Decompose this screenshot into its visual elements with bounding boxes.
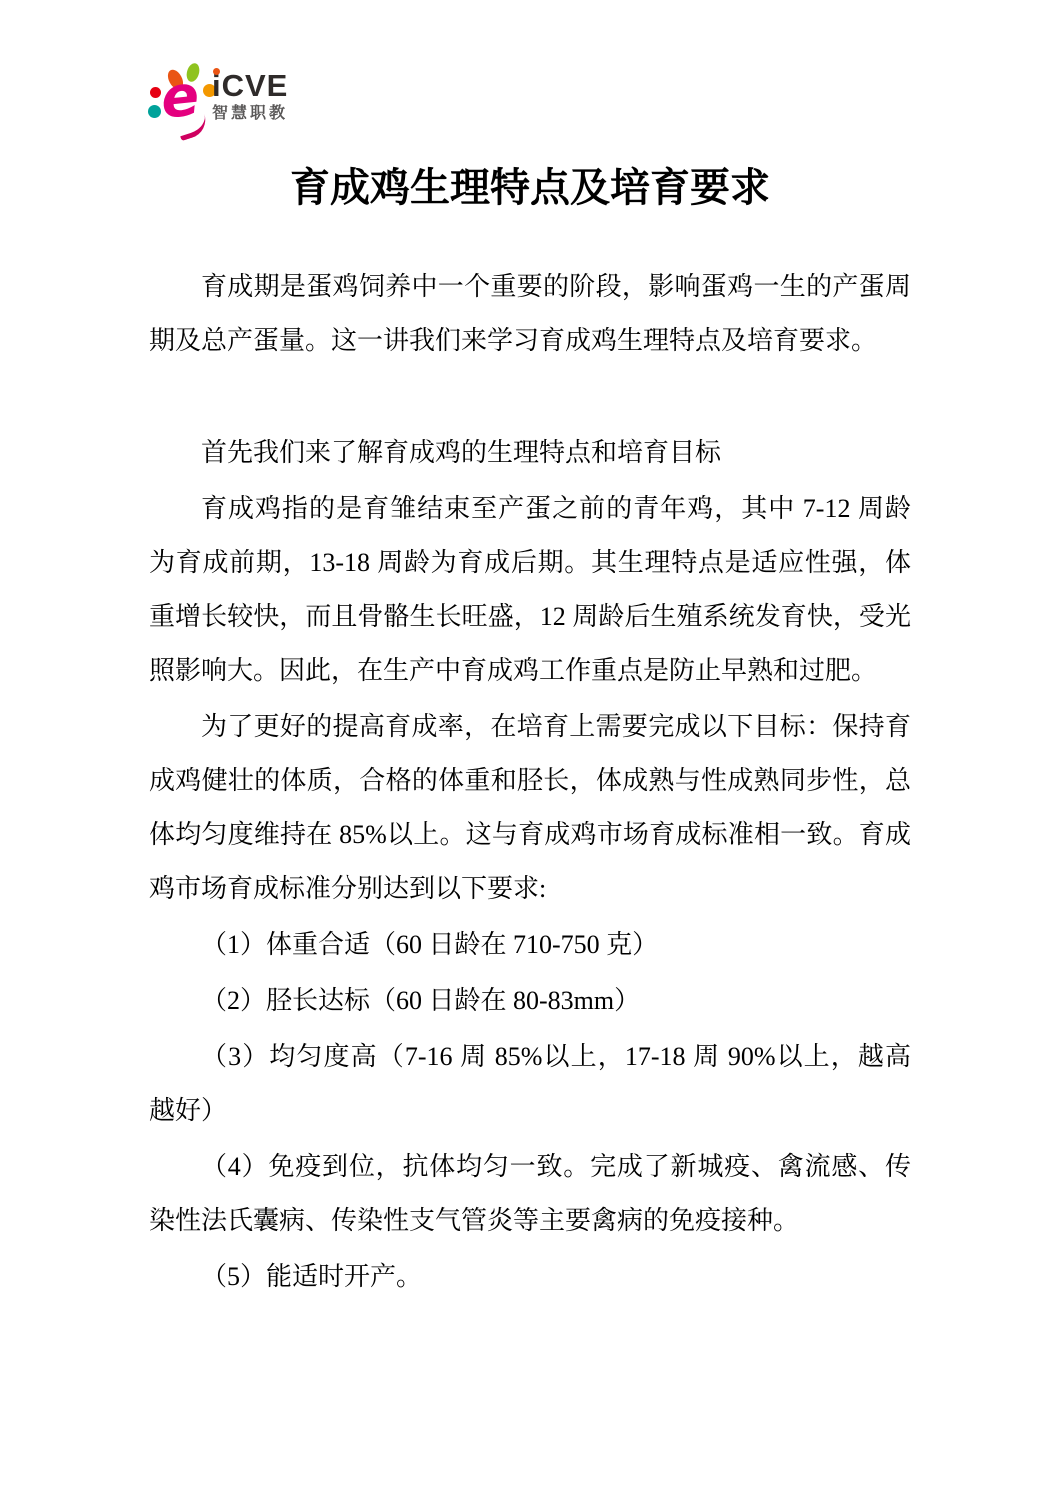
requirement-item: （2）胫长达标（60 日龄在 80-83mm）: [149, 974, 911, 1028]
logo-i-dot-icon: [213, 68, 220, 75]
requirement-item: （4）免疫到位，抗体均匀一致。完成了新城疫、禽流感、传染性法氏囊病、传染性支气管…: [149, 1140, 911, 1248]
logo-tagline: 智慧职教: [212, 104, 288, 124]
logo-brand-text: iCVE: [212, 70, 288, 102]
requirement-item: （5）能适时开产。: [149, 1250, 911, 1304]
document-content: 育成鸡生理特点及培育要求 育成期是蛋鸡饲养中一个重要的阶段，影响蛋鸡一生的产蛋周…: [149, 160, 911, 1306]
requirement-item: （3）均匀度高（7-16 周 85%以上，17-18 周 90%以上，越高越好）: [149, 1030, 911, 1138]
section-lead-paragraph: 首先我们来了解育成鸡的生理特点和培育目标: [149, 426, 911, 480]
icve-logo: e iCVE 智慧职教: [148, 56, 428, 140]
logo-dot-teal-icon: [148, 105, 161, 118]
physiology-paragraph: 育成鸡指的是育雏结束至产蛋之前的青年鸡，其中 7-12 周龄为育成前期，13-1…: [149, 482, 911, 698]
document-page: e iCVE 智慧职教 育成鸡生理特点及培育要求 育成期是蛋鸡饲养中一个重要的阶…: [0, 0, 1059, 1497]
requirement-item: （1）体重合适（60 日龄在 710-750 克）: [149, 918, 911, 972]
page-title: 育成鸡生理特点及培育要求: [149, 160, 911, 216]
logo-flower-icon: e: [148, 56, 218, 140]
blank-line: [149, 370, 911, 424]
logo-text-block: iCVE 智慧职教: [212, 70, 288, 124]
goals-paragraph: 为了更好的提高育成率，在培育上需要完成以下目标：保持育成鸡健壮的体质，合格的体重…: [149, 700, 911, 916]
intro-paragraph: 育成期是蛋鸡饲养中一个重要的阶段，影响蛋鸡一生的产蛋周期及总产蛋量。这一讲我们来…: [149, 260, 911, 368]
